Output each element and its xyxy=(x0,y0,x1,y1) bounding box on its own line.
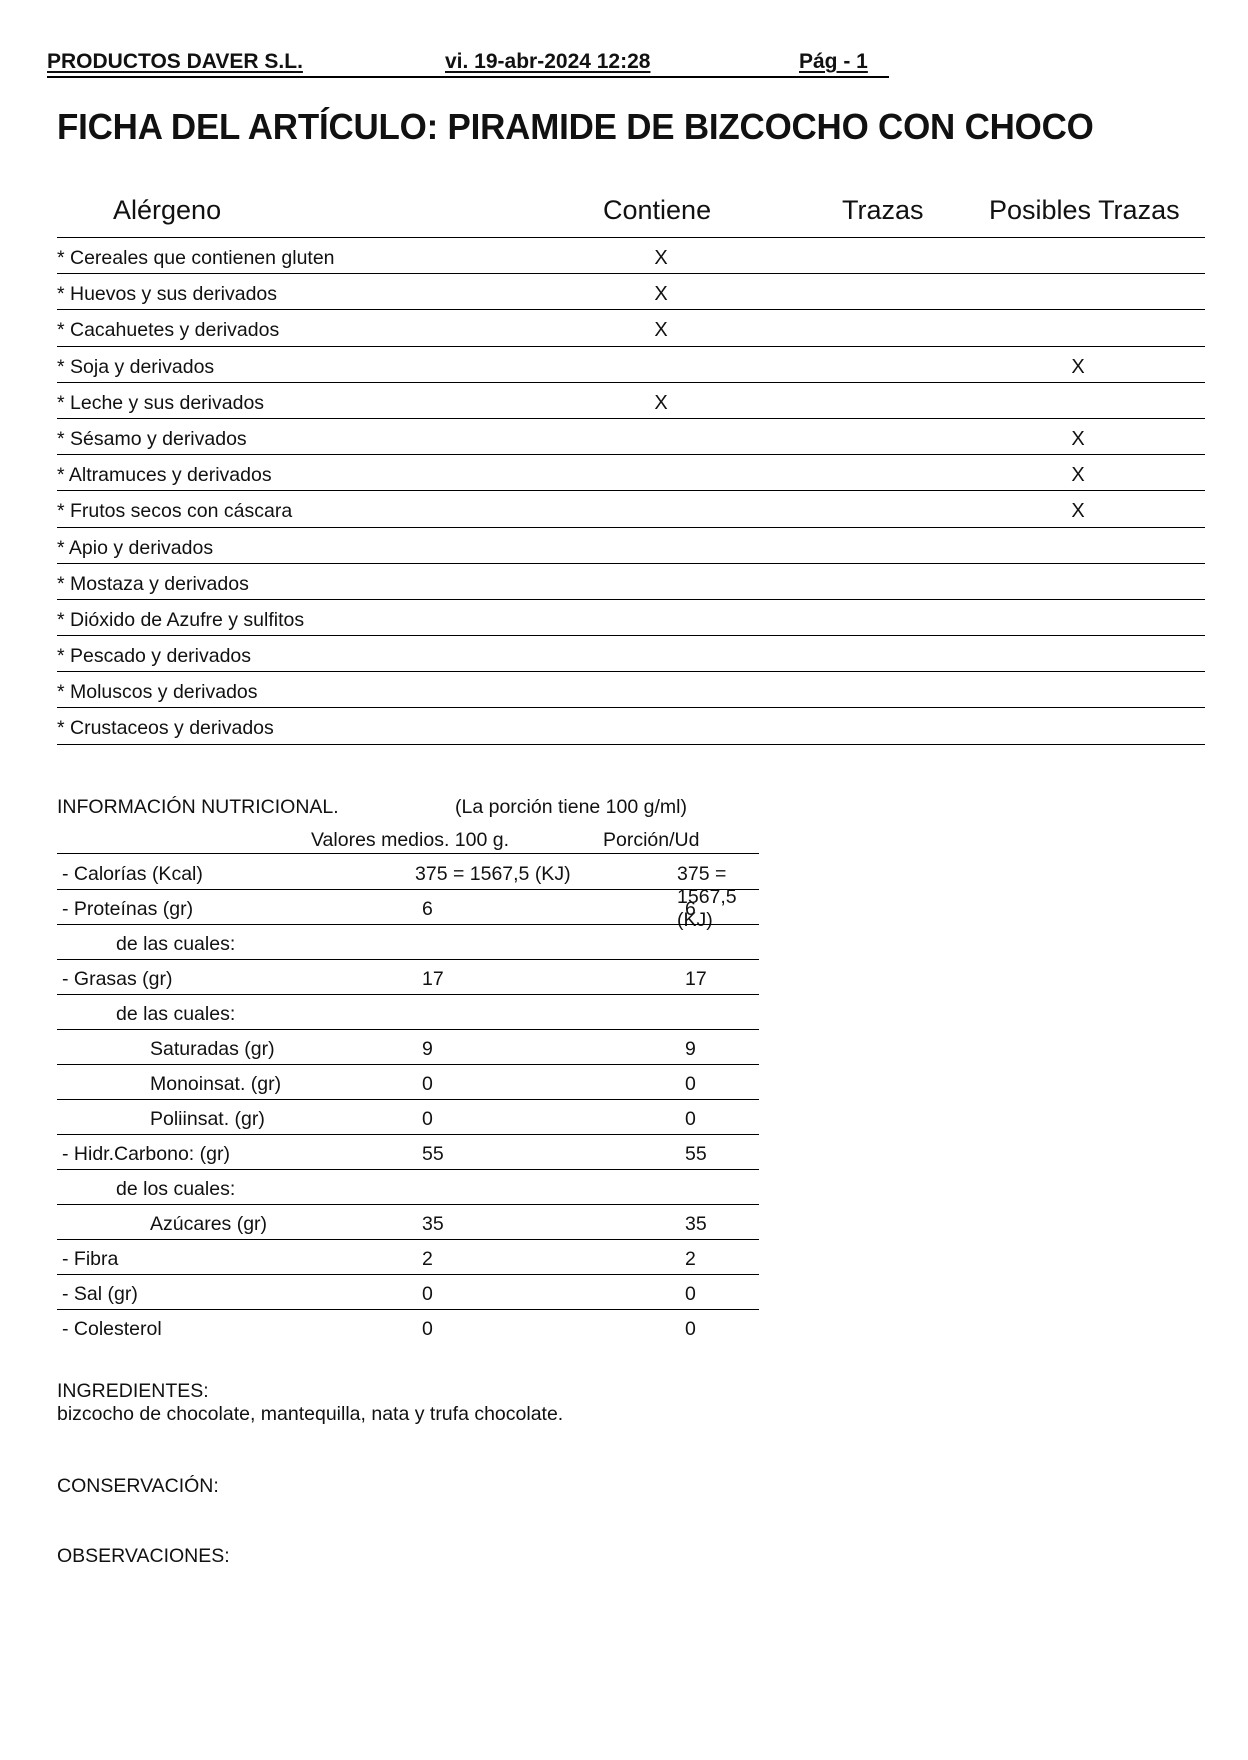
nutrition-row: Monoinsat. (gr)00 xyxy=(57,1065,759,1100)
nutrition-row: - Proteínas (gr)66 xyxy=(57,890,759,925)
per-100g-value: 0 xyxy=(422,1318,433,1341)
posibles-trazas-column-header: Posibles Trazas xyxy=(989,195,1180,226)
per-100g-value: 35 xyxy=(422,1213,444,1236)
company-name: PRODUCTOS DAVER S.L. xyxy=(47,50,303,74)
portion-value: 55 xyxy=(685,1143,707,1166)
per-100g-value: 0 xyxy=(422,1108,433,1131)
portion-value: 17 xyxy=(685,968,707,991)
print-datetime: vi. 19-abr-2024 12:28 xyxy=(445,50,650,74)
allergen-row: * Altramuces y derivadosX xyxy=(57,455,1205,491)
nutrition-row: - Calorías (Kcal)375 = 1567,5 (KJ)375 = … xyxy=(57,855,759,890)
allergen-label: * Sésamo y derivados xyxy=(57,428,247,451)
per-100g-value: 0 xyxy=(422,1073,433,1096)
allergen-label: * Crustaceos y derivados xyxy=(57,717,274,740)
conservation-label: CONSERVACIÓN: xyxy=(57,1475,219,1498)
nutrition-row: - Fibra22 xyxy=(57,1240,759,1275)
allergen-row: * Dióxido de Azufre y sulfitos xyxy=(57,600,1205,636)
ingredients-text: bizcocho de chocolate, mantequilla, nata… xyxy=(57,1403,563,1426)
per-100g-value: 0 xyxy=(422,1283,433,1306)
allergen-row: * Apio y derivados xyxy=(57,528,1205,564)
allergen-row: * Soja y derivadosX xyxy=(57,347,1205,383)
per-100g-value: 17 xyxy=(422,968,444,991)
allergen-row: * Mostaza y derivados xyxy=(57,564,1205,600)
portion-value: 0 xyxy=(685,1318,696,1341)
nutrition-table: - Calorías (Kcal)375 = 1567,5 (KJ)375 = … xyxy=(57,855,759,1344)
allergen-label: * Huevos y sus derivados xyxy=(57,283,277,306)
per-100g-value: 9 xyxy=(422,1038,433,1061)
allergen-label: * Dióxido de Azufre y sulfitos xyxy=(57,609,304,632)
nutrition-title: INFORMACIÓN NUTRICIONAL. xyxy=(57,796,339,819)
allergen-row: * Cereales que contienen glutenX xyxy=(57,238,1205,274)
per-100g-header: Valores medios. 100 g. xyxy=(311,829,509,852)
nutrition-row: - Hidr.Carbono: (gr)5555 xyxy=(57,1135,759,1170)
portion-value: 35 xyxy=(685,1213,707,1236)
nutrition-row: - Grasas (gr)1717 xyxy=(57,960,759,995)
allergen-row: * Sésamo y derivadosX xyxy=(57,419,1205,455)
nutrient-label: de las cuales: xyxy=(116,1003,235,1026)
nutrition-row: - Sal (gr)00 xyxy=(57,1275,759,1310)
contiene-mark: X xyxy=(651,283,671,306)
allergen-label: * Mostaza y derivados xyxy=(57,573,249,596)
contiene-column-header: Contiene xyxy=(603,195,711,226)
posibles-trazas-mark: X xyxy=(1068,356,1088,379)
contiene-mark: X xyxy=(651,392,671,415)
nutrition-row: de las cuales: xyxy=(57,995,759,1030)
allergen-table: * Cereales que contienen glutenX* Huevos… xyxy=(57,237,1205,745)
portion-header: Porción/Ud xyxy=(603,829,699,852)
per-100g-value: 375 = 1567,5 (KJ) xyxy=(415,863,571,886)
nutrient-label: Azúcares (gr) xyxy=(150,1213,267,1236)
allergen-row: * Cacahuetes y derivadosX xyxy=(57,310,1205,346)
nutrient-label: - Sal (gr) xyxy=(62,1283,138,1306)
contiene-mark: X xyxy=(651,247,671,270)
portion-value: 0 xyxy=(685,1073,696,1096)
page-number: Pág - 1 xyxy=(799,50,868,74)
nutrition-row: Poliinsat. (gr)00 xyxy=(57,1100,759,1135)
nutrient-label: - Calorías (Kcal) xyxy=(62,863,203,886)
nutrient-label: - Fibra xyxy=(62,1248,118,1271)
nutrition-row: de las cuales: xyxy=(57,925,759,960)
document-title: FICHA DEL ARTÍCULO: PIRAMIDE DE BIZCOCHO… xyxy=(57,106,1094,148)
posibles-trazas-mark: X xyxy=(1068,464,1088,487)
per-100g-value: 55 xyxy=(422,1143,444,1166)
nutrient-label: Poliinsat. (gr) xyxy=(150,1108,265,1131)
allergen-label: * Moluscos y derivados xyxy=(57,681,258,704)
allergen-label: * Apio y derivados xyxy=(57,537,213,560)
allergen-row: * Huevos y sus derivadosX xyxy=(57,274,1205,310)
nutrient-label: de los cuales: xyxy=(116,1178,235,1201)
nutrient-label: - Proteínas (gr) xyxy=(62,898,193,921)
nutrient-label: de las cuales: xyxy=(116,933,235,956)
allergen-label: * Leche y sus derivados xyxy=(57,392,264,415)
allergen-row: * Frutos secos con cáscaraX xyxy=(57,491,1205,527)
portion-value: 6 xyxy=(685,898,696,921)
allergen-label: * Altramuces y derivados xyxy=(57,464,272,487)
nutrient-label: Saturadas (gr) xyxy=(150,1038,275,1061)
nutrition-column-headers: Valores medios. 100 g. Porción/Ud xyxy=(57,826,759,854)
nutrient-label: Monoinsat. (gr) xyxy=(150,1073,281,1096)
portion-value: 0 xyxy=(685,1283,696,1306)
nutrient-label: - Grasas (gr) xyxy=(62,968,173,991)
per-100g-value: 6 xyxy=(422,898,433,921)
nutrition-row: de los cuales: xyxy=(57,1170,759,1205)
allergen-label: * Frutos secos con cáscara xyxy=(57,500,292,523)
allergen-column-header: Alérgeno xyxy=(113,195,221,226)
nutrient-label: - Colesterol xyxy=(62,1318,162,1341)
portion-value: 0 xyxy=(685,1108,696,1131)
nutrition-row: Saturadas (gr)99 xyxy=(57,1030,759,1065)
allergen-row: * Moluscos y derivados xyxy=(57,672,1205,708)
contiene-mark: X xyxy=(651,319,671,342)
allergen-row: * Crustaceos y derivados xyxy=(57,708,1205,744)
page-header: PRODUCTOS DAVER S.L. vi. 19-abr-2024 12:… xyxy=(47,48,889,78)
allergen-label: * Cereales que contienen gluten xyxy=(57,247,335,270)
portion-value: 9 xyxy=(685,1038,696,1061)
trazas-column-header: Trazas xyxy=(842,195,924,226)
nutrition-row: Azúcares (gr)3535 xyxy=(57,1205,759,1240)
portion-note: (La porción tiene 100 g/ml) xyxy=(455,796,687,819)
allergen-row: * Pescado y derivados xyxy=(57,636,1205,672)
portion-value: 2 xyxy=(685,1248,696,1271)
ingredients-label: INGREDIENTES: xyxy=(57,1380,209,1403)
allergen-row: * Leche y sus derivadosX xyxy=(57,383,1205,419)
nutrition-row: - Colesterol00 xyxy=(57,1310,759,1344)
posibles-trazas-mark: X xyxy=(1068,428,1088,451)
nutrient-label: - Hidr.Carbono: (gr) xyxy=(62,1143,230,1166)
posibles-trazas-mark: X xyxy=(1068,500,1088,523)
observations-label: OBSERVACIONES: xyxy=(57,1545,230,1568)
allergen-label: * Pescado y derivados xyxy=(57,645,251,668)
per-100g-value: 2 xyxy=(422,1248,433,1271)
allergen-label: * Cacahuetes y derivados xyxy=(57,319,279,342)
allergen-label: * Soja y derivados xyxy=(57,356,214,379)
